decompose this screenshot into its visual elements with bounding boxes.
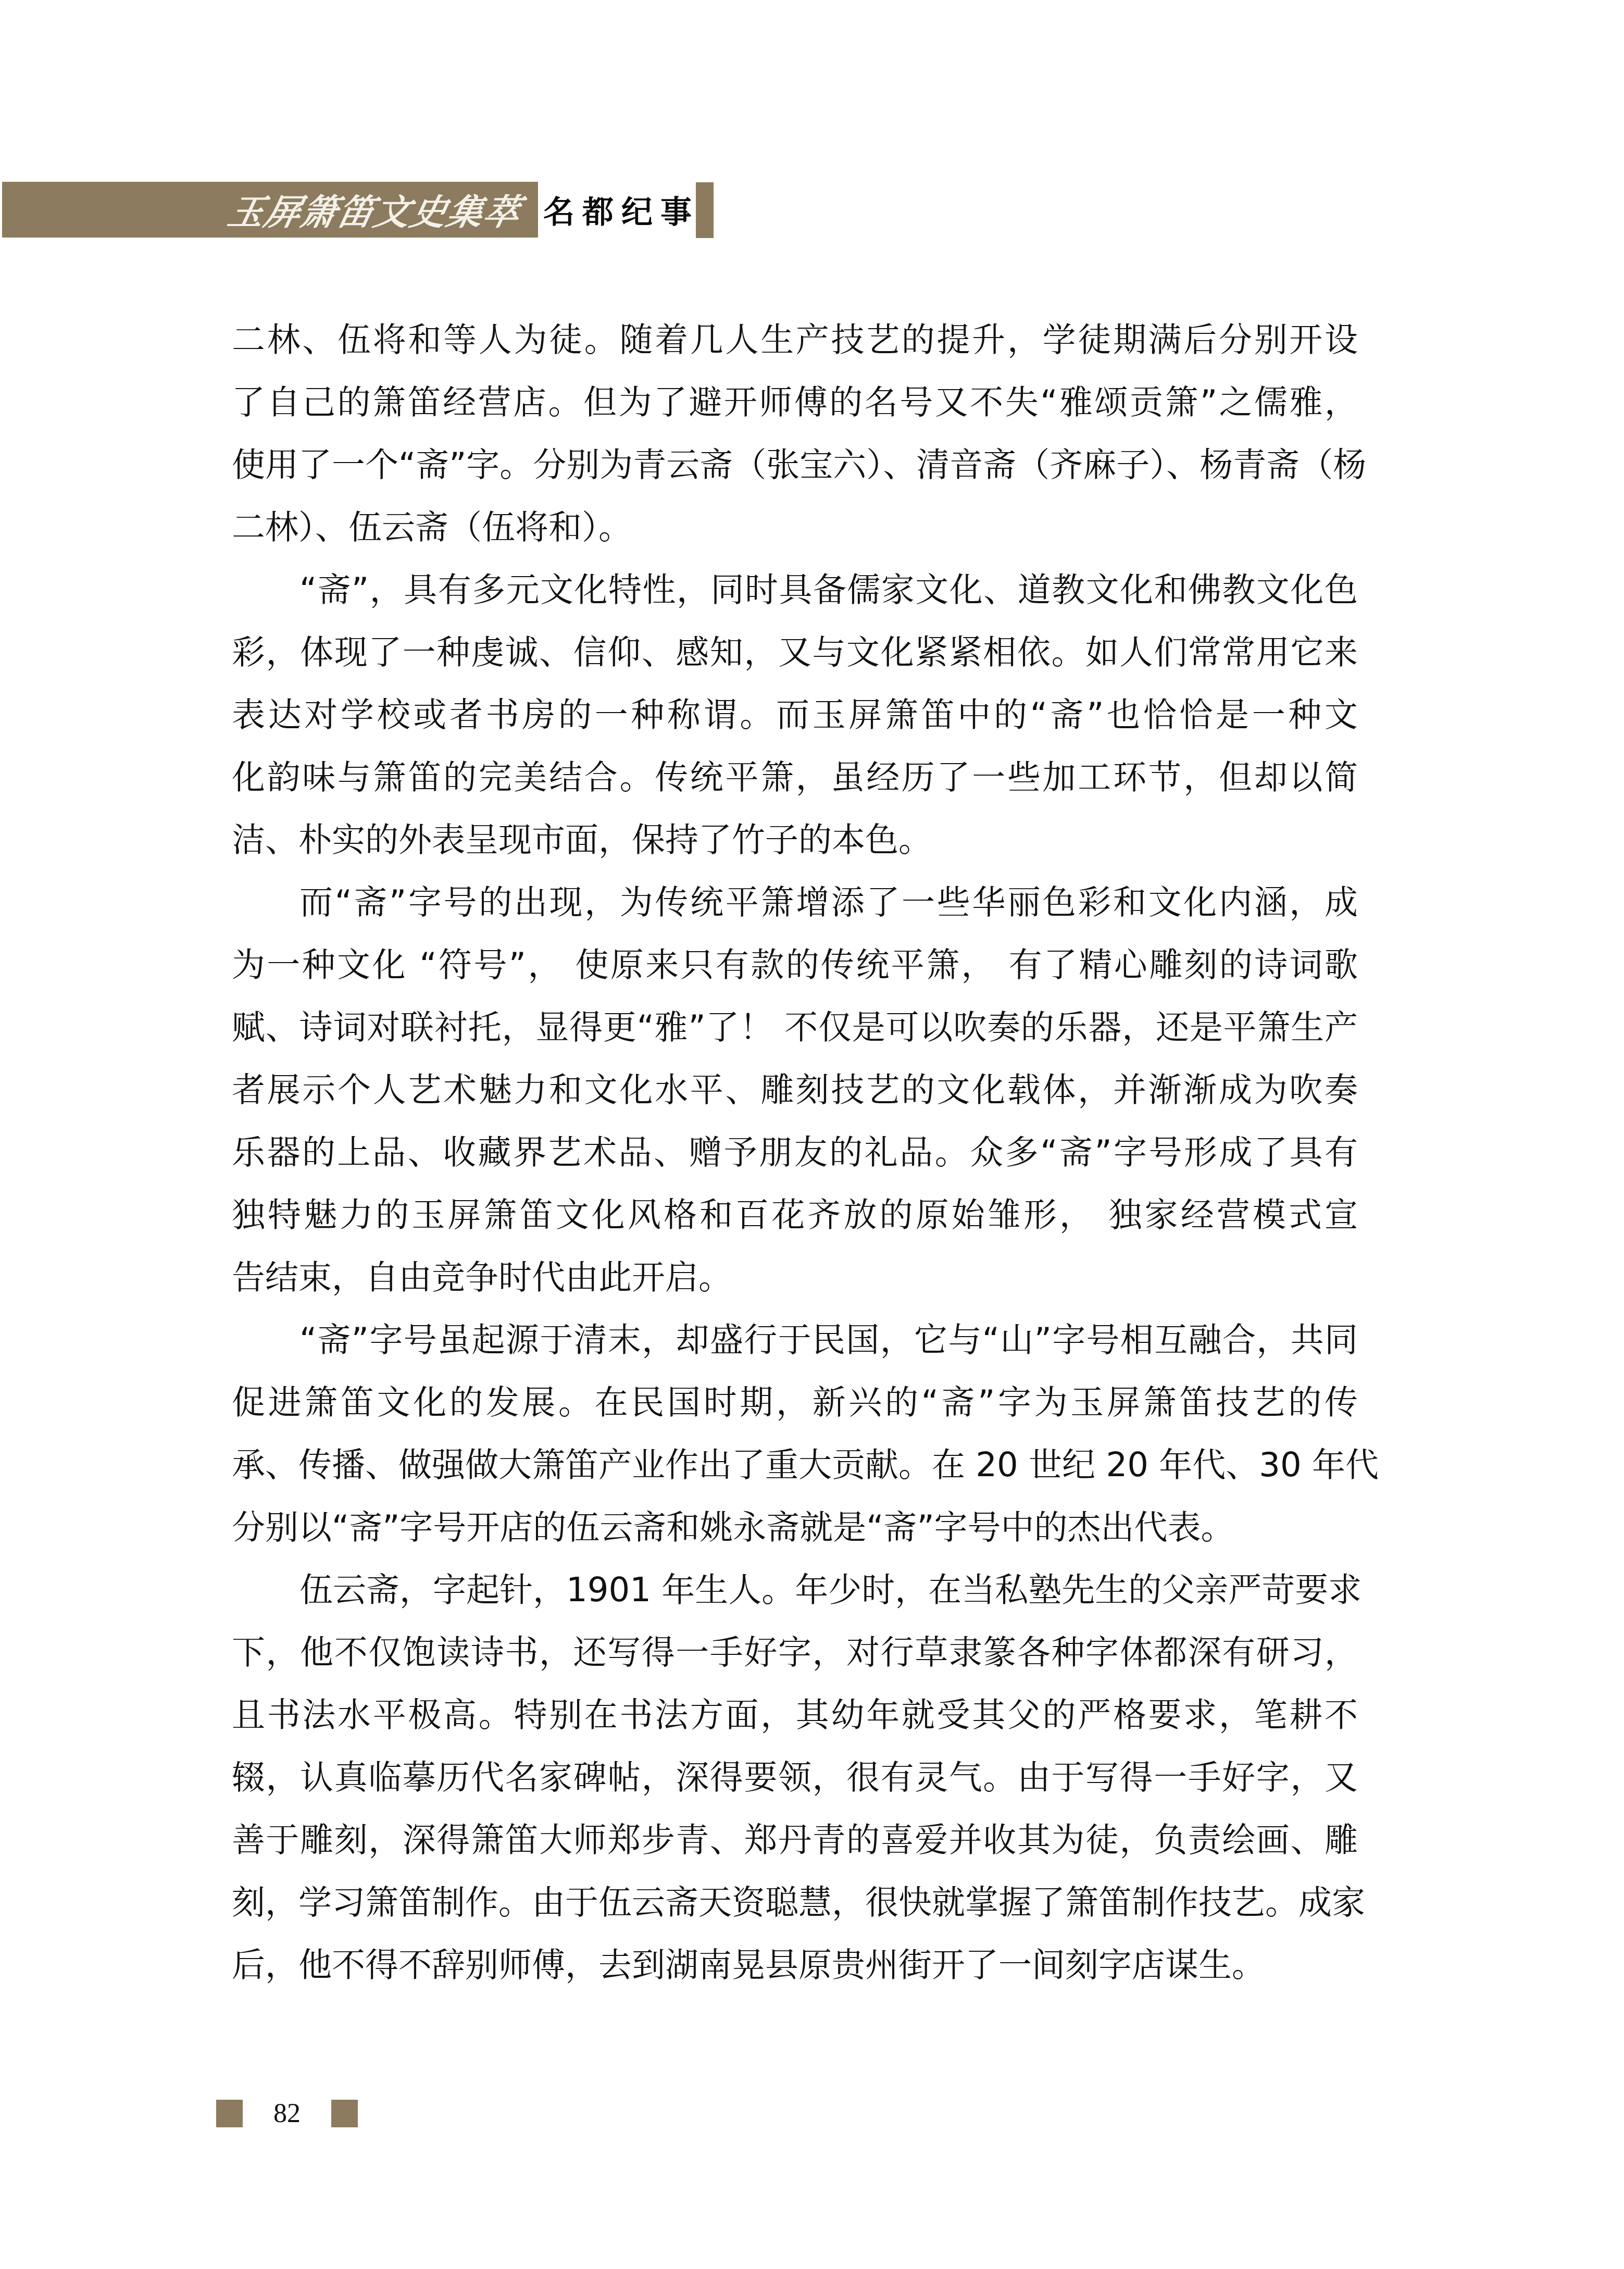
text-line: 分别以“斋”字号开店的伍云斋和姚永斋就是“斋”字号中的杰出代表。 xyxy=(232,1502,1358,1564)
text-line: 后，他不得不辞别师傅，去到湖南晃县原贵州街开了一间刻字店谋生。 xyxy=(232,1939,1358,2002)
text-line: 辍，认真临摹历代名家碑帖，深得要领，很有灵气。由于写得一手好字，又 xyxy=(232,1752,1358,1814)
section-title-char: 事 xyxy=(660,188,692,232)
text-line: 而“斋”字号的出现，为传统平箫增添了一些华丽色彩和文化内涵，成 xyxy=(232,877,1358,939)
header-end-bar xyxy=(696,182,714,238)
text-line: 告结束，自由竞争时代由此开启。 xyxy=(232,1252,1358,1314)
text-line: 乐器的上品、收藏界艺术品、赠予朋友的礼品。众多“斋”字号形成了具有 xyxy=(232,1127,1358,1189)
text-line: 承、传播、做强做大箫笛产业作出了重大贡献。在 20 世纪 20 年代、30 年代 xyxy=(232,1439,1358,1502)
text-line: 使用了一个“斋”字。分别为青云斋（张宝六）、清音斋（齐麻子）、杨青斋（杨 xyxy=(232,439,1358,502)
footer-square-left xyxy=(216,2100,243,2127)
text-line: “斋”字号虽起源于清末，却盛行于民国，它与“山”字号相互融合，共同 xyxy=(232,1314,1358,1377)
text-line: 彩，体现了一种虔诚、信仰、感知，又与文化紧紧相依。如人们常常用它来 xyxy=(232,627,1358,689)
text-line: 了自己的箫笛经营店。但为了避开师傅的名号又不失“雅颂贡箫”之儒雅， xyxy=(232,377,1358,439)
text-line: 刻，学习箫笛制作。由于伍云斋天资聪慧，很快就掌握了箫笛制作技艺。成家 xyxy=(232,1877,1358,1939)
text-line: 者展示个人艺术魅力和文化水平、雕刻技艺的文化载体，并渐渐成为吹奏 xyxy=(232,1064,1358,1127)
text-line: 为一种文化 “符号”， 使原来只有款的传统平箫， 有了精心雕刻的诗词歌 xyxy=(232,939,1358,1002)
paragraph: 而“斋”字号的出现，为传统平箫增添了一些华丽色彩和文化内涵，成 为一种文化 “符… xyxy=(232,877,1358,1314)
section-title-char: 都 xyxy=(582,188,614,232)
body-text: 二林、伍将和等人为徒。随着几人生产技艺的提升，学徒期满后分别开设 了自己的箫笛经… xyxy=(232,314,1358,2002)
paragraph: “斋”，具有多元文化特性，同时具备儒家文化、道教文化和佛教文化色 彩，体现了一种… xyxy=(232,564,1358,877)
text-line: “斋”，具有多元文化特性，同时具备儒家文化、道教文化和佛教文化色 xyxy=(232,564,1358,627)
section-title: 名 都 纪 事 xyxy=(543,185,692,234)
series-title: 玉 屏 箫 笛 文 史 集 萃 xyxy=(223,182,517,238)
text-line: 化韵味与箫笛的完美结合。传统平箫，虽经历了一些加工环节，但却以简 xyxy=(232,752,1358,814)
footer-square-right xyxy=(331,2100,358,2127)
text-line: 独特魅力的玉屏箫笛文化风格和百花齐放的原始雏形， 独家经营模式宣 xyxy=(232,1189,1358,1252)
text-line: 二林）、伍云斋（伍将和）。 xyxy=(232,502,1358,564)
page-footer: 82 xyxy=(216,2099,358,2127)
text-line: 下，他不仅饱读诗书，还写得一手好字，对行草隶篆各种字体都深有研习， xyxy=(232,1627,1358,1689)
text-line: 洁、朴实的外表呈现市面，保持了竹子的本色。 xyxy=(232,814,1358,877)
paragraph: 二林、伍将和等人为徒。随着几人生产技艺的提升，学徒期满后分别开设 了自己的箫笛经… xyxy=(232,314,1358,564)
text-line: 二林、伍将和等人为徒。随着几人生产技艺的提升，学徒期满后分别开设 xyxy=(232,314,1358,377)
page-number: 82 xyxy=(243,2098,331,2129)
text-line: 赋、诗词对联衬托，显得更“雅”了！ 不仅是可以吹奏的乐器，还是平箫生产 xyxy=(232,1002,1358,1064)
text-line: 表达对学校或者书房的一种称谓。而玉屏箫笛中的“斋”也恰恰是一种文 xyxy=(232,689,1358,752)
section-title-char: 名 xyxy=(543,188,574,232)
text-line: 伍云斋，字起针，1901 年生人。年少时，在当私塾先生的父亲严苛要求 xyxy=(232,1564,1358,1627)
text-line: 促进箫笛文化的发展。在民国时期，新兴的“斋”字为玉屏箫笛技艺的传 xyxy=(232,1377,1358,1439)
text-line: 善于雕刻，深得箫笛大师郑步青、郑丹青的喜爱并收其为徒，负责绘画、雕 xyxy=(232,1814,1358,1877)
paragraph: “斋”字号虽起源于清末，却盛行于民国，它与“山”字号相互融合，共同 促进箫笛文化… xyxy=(232,1314,1358,1564)
paragraph: 伍云斋，字起针，1901 年生人。年少时，在当私塾先生的父亲严苛要求 下，他不仅… xyxy=(232,1564,1358,2002)
section-title-char: 纪 xyxy=(621,188,653,232)
text-line: 且书法水平极高。特别在书法方面，其幼年就受其父的严格要求，笔耕不 xyxy=(232,1689,1358,1752)
